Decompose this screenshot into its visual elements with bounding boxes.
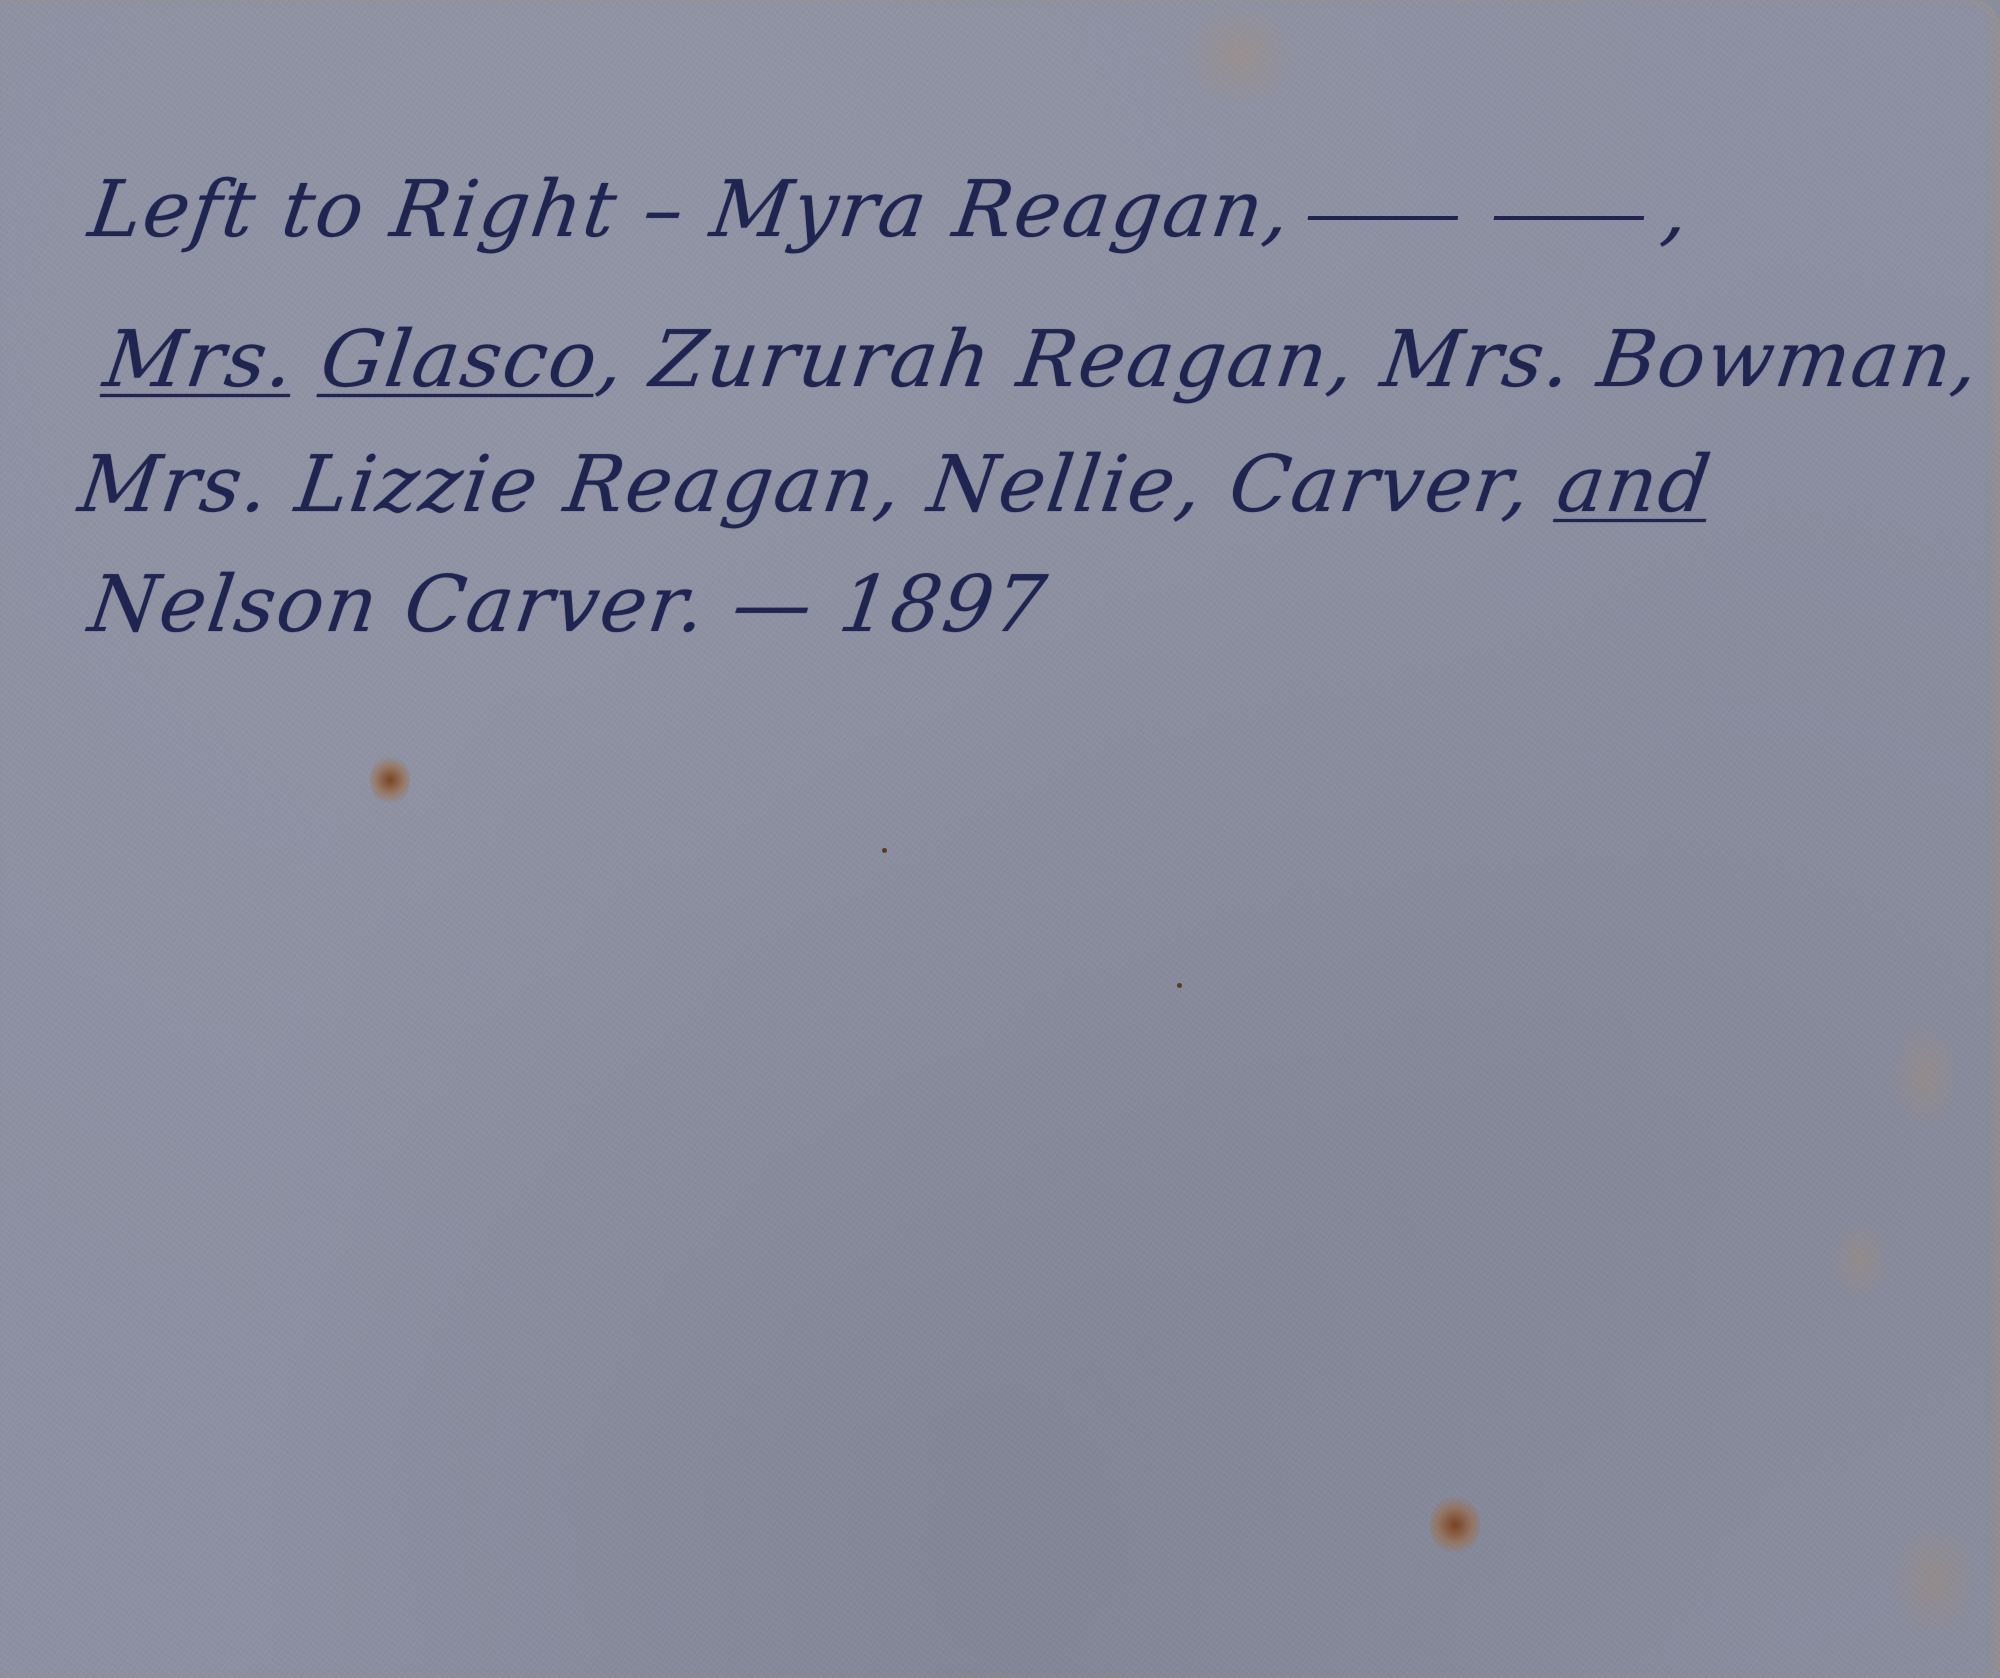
- caption-line-3: Mrs. Lizzie Reagan, Nellie, Carver, and: [74, 440, 1718, 530]
- blank-name-line: [1308, 216, 1459, 220]
- underlined-mrs: Mrs.: [99, 315, 302, 405]
- edge-discoloration: [1830, 1220, 1890, 1300]
- caption-line-3-text: Mrs. Lizzie Reagan, Nellie, Carver,: [74, 440, 1538, 530]
- caption-line-2: Mrs. Glasco, Zururah Reagan, Mrs. Bowman…: [99, 315, 1986, 405]
- rust-stain: [370, 755, 410, 805]
- caption-line-1-text: Left to Right – Myra Reagan,: [84, 165, 1298, 255]
- blank-name-line: [1494, 216, 1645, 220]
- photo-card-back: Left to Right – Myra Reagan,, Mrs. Glasc…: [0, 0, 2000, 1678]
- caption-line-4: Nelson Carver. — 1897: [84, 560, 1053, 650]
- edge-discoloration: [1890, 1020, 1960, 1130]
- edge-discoloration: [1890, 1520, 1980, 1640]
- edge-discoloration: [1180, 0, 1300, 110]
- speck: [882, 848, 887, 853]
- caption-line-4-text: Nelson Carver. — 1897: [84, 560, 1053, 650]
- rust-stain: [1430, 1495, 1480, 1555]
- underlined-glasco: Glasco: [315, 315, 604, 405]
- speck: [1177, 983, 1182, 988]
- underlined-and: and: [1552, 440, 1717, 530]
- caption-line-2-text: , Zururah Reagan, Mrs. Bowman,: [592, 315, 1986, 405]
- caption-line-1: Left to Right – Myra Reagan,,: [84, 165, 1697, 255]
